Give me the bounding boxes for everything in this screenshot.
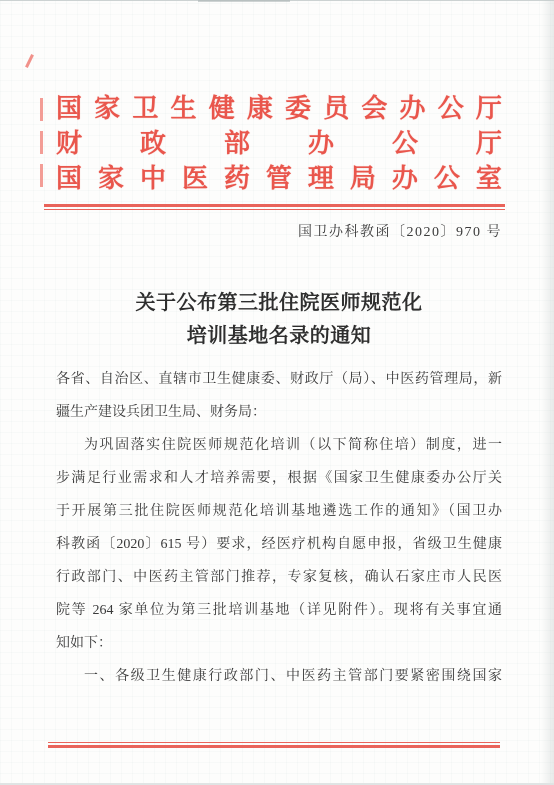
- footer-red-rule-thin: [48, 742, 500, 743]
- body-text-line: 行政部门、中医药主管部门推荐，专家复核，确认石家庄市人民医: [56, 561, 502, 594]
- body-text-line: 知如下：: [56, 627, 502, 660]
- scan-artifact-mark: [40, 164, 43, 187]
- issuing-org-line-2: 财政部办公厅: [56, 126, 502, 161]
- scan-edge-top-dark-segment: [198, 0, 290, 2]
- body-paragraphs: 各省、自治区、直辖市卫生健康委、财政厅（局）、中医药管理局，新 疆生产建设兵团卫…: [56, 363, 502, 693]
- scanned-document-page: 国家卫生健康委员会办公厅 财政部办公厅 国家中医药管理局办公室 国卫办科教函〔2…: [0, 0, 554, 785]
- scan-artifact-mark: [40, 131, 43, 154]
- header-red-rule-thin: [44, 209, 505, 210]
- scan-edge-right: [541, 0, 554, 785]
- scan-artifact-mark: [25, 54, 34, 68]
- issuing-org-line-3: 国家中医药管理局办公室: [56, 161, 502, 196]
- body-text-line: 于开展第三批住院医师规范化培训基地遴选工作的通知》（国卫办: [56, 495, 502, 528]
- body-text-line: 院等 264 家单位为第三批培训基地（详见附件）。现将有关事宜通: [56, 594, 502, 627]
- footer-red-rule-thick: [48, 745, 500, 748]
- header-red-rule-thick: [44, 204, 505, 207]
- scan-artifact-mark: [40, 98, 43, 121]
- body-text-line: 一、各级卫生健康行政部门、中医药主管部门要紧密围绕国家: [56, 660, 502, 693]
- document-number: 国卫办科教函〔2020〕970 号: [56, 221, 502, 241]
- body-text-line: 科教函〔2020〕615 号）要求，经医疗机构自愿申报，省级卫生健康: [56, 528, 502, 561]
- issuing-org-line-1: 国家卫生健康委员会办公厅: [56, 91, 502, 126]
- body-text-line: 各省、自治区、直辖市卫生健康委、财政厅（局）、中医药管理局，新: [56, 363, 502, 396]
- document-title-line-2: 培训基地名录的通知: [56, 319, 502, 348]
- letterhead: 国家卫生健康委员会办公厅 财政部办公厅 国家中医药管理局办公室: [56, 91, 502, 196]
- document-title-line-1: 关于公布第三批住院医师规范化: [56, 286, 502, 315]
- body-text-line: 步满足行业需求和人才培养需要，根据《国家卫生健康委办公厅关: [56, 462, 502, 495]
- body-text-line: 为巩固落实住院医师规范化培训（以下简称住培）制度，进一: [56, 429, 502, 462]
- body-text-line: 疆生产建设兵团卫生局、财务局：: [56, 396, 502, 429]
